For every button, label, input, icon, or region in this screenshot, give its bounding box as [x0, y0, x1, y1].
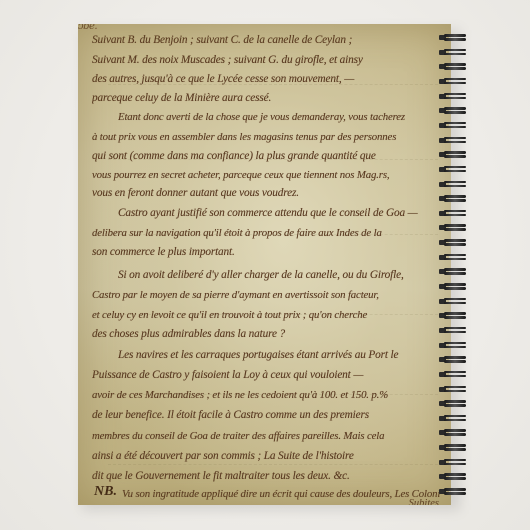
spiral-coil [439, 224, 467, 232]
wire-loop [444, 390, 466, 393]
spiral-coil [439, 166, 467, 174]
spiral-coil [439, 195, 467, 203]
spiral-coil [439, 342, 467, 350]
spiral-coil [439, 400, 467, 408]
wire-highlight [449, 476, 461, 478]
wire-highlight [449, 344, 461, 346]
wire-highlight [449, 432, 461, 434]
wire-highlight [449, 373, 461, 375]
spiral-coil [439, 122, 467, 130]
wire-highlight [449, 139, 461, 141]
spiral-coil [439, 429, 467, 437]
wire-loop [444, 38, 466, 41]
wire-loop [444, 155, 466, 158]
wire-highlight [449, 242, 461, 244]
spiral-coil [439, 78, 467, 86]
wire-highlight [449, 256, 461, 258]
wire-highlight [449, 388, 461, 390]
manuscript-line: Si on avoit deliberé d'y aller charger d… [118, 269, 443, 281]
spiral-coil [439, 283, 467, 291]
wire-highlight [449, 110, 461, 112]
manuscript-line: membres du conseil de Goa de traiter des… [92, 430, 442, 442]
manuscript-line: vous pourrez en secret acheter, parceque… [92, 169, 442, 181]
wire-loop [444, 375, 466, 378]
wire-loop [444, 404, 466, 407]
wire-highlight [449, 403, 461, 405]
wire-highlight [449, 359, 461, 361]
spiral-coil [439, 415, 467, 423]
manuscript-line: delibera sur la navigation qu'il étoit à… [92, 227, 442, 239]
wire-loop [444, 331, 466, 334]
wire-loop [444, 258, 466, 261]
wire-loop [444, 111, 466, 114]
wire-loop [444, 141, 466, 144]
wire-highlight [449, 300, 461, 302]
wire-highlight [449, 315, 461, 317]
wire-highlight [449, 271, 461, 273]
nb-mark: NB. [94, 484, 117, 500]
wire-loop [444, 419, 466, 422]
wire-highlight [449, 447, 461, 449]
manuscript-line: Etant donc averti de la chose que je vou… [118, 111, 443, 123]
spiral-coil [439, 49, 467, 57]
manuscript-line: Suivant B. du Benjoin ; suivant C. de la… [92, 34, 442, 46]
wire-loop [444, 126, 466, 129]
spiral-coil [439, 371, 467, 379]
wire-loop [444, 448, 466, 451]
manuscript-line: Les navires et les carraques portugaises… [118, 349, 443, 361]
wire-loop [444, 67, 466, 70]
wire-highlight [449, 66, 461, 68]
wire-loop [444, 360, 466, 363]
wire-highlight [449, 286, 461, 288]
spiral-coil [439, 210, 467, 218]
manuscript-line: vous en feront donner autant que vous vo… [92, 187, 442, 199]
wire-highlight [449, 183, 461, 185]
wire-loop [444, 243, 466, 246]
wire-loop [444, 82, 466, 85]
manuscript-line: parceque celuy de la Minière aura cessé. [92, 92, 442, 104]
wire-loop [444, 477, 466, 480]
margin-note: ɔbe. [78, 24, 97, 32]
spiral-coil [439, 93, 467, 101]
spiral-coil [439, 298, 467, 306]
manuscript-line: son commerce le plus important. [92, 246, 442, 258]
wire-loop [444, 346, 466, 349]
wire-highlight [449, 329, 461, 331]
spiral-coil [439, 268, 467, 276]
wire-loop [444, 228, 466, 231]
manuscript-line: et celuy cy en levoit ce qu'il en trouvo… [92, 309, 442, 321]
manuscript-line: Castro ayant justifié son commerce atten… [118, 207, 443, 219]
spiral-coil [439, 312, 467, 320]
wire-loop [444, 185, 466, 188]
wire-highlight [449, 37, 461, 39]
wire-loop [444, 492, 466, 495]
wire-loop [444, 302, 466, 305]
manuscript-line: de leur benefice. Il étoit facile à Cast… [92, 409, 442, 421]
wire-highlight [449, 124, 461, 126]
wire-highlight [449, 95, 461, 97]
manuscript-line: Puissance de Castro y faisoient la Loy à… [92, 369, 442, 381]
spiral-coil [439, 34, 467, 42]
spiral-coil [439, 151, 467, 159]
manuscript-line: ainsi a été découvert par son commis ; L… [92, 450, 442, 462]
manuscript-line: Vu son ingratitude appliqué dire un écri… [122, 488, 440, 500]
wire-loop [444, 433, 466, 436]
wire-highlight [449, 80, 461, 82]
wire-highlight [449, 51, 461, 53]
manuscript-line: des autres, jusqu'à ce que le Lycée cess… [92, 73, 442, 85]
spiral-coil [439, 327, 467, 335]
spiral-coil [439, 239, 467, 247]
manuscript-line: des choses plus admirables dans la natur… [92, 328, 442, 340]
wire-loop [444, 97, 466, 100]
wire-highlight [449, 491, 461, 493]
wire-loop [444, 53, 466, 56]
wire-loop [444, 199, 466, 202]
manuscript-line: Castro par le moyen de sa pierre d'ayman… [92, 289, 442, 301]
wire-loop [444, 214, 466, 217]
spiral-coil [439, 63, 467, 71]
manuscript-line: qui sont (comme dans ma confiance) la pl… [92, 150, 442, 162]
wire-loop [444, 463, 466, 466]
wire-loop [444, 170, 466, 173]
manuscript-line: avoir de ces Marchandises ; et ils ne le… [92, 389, 442, 401]
wire-highlight [449, 198, 461, 200]
ghost-writing-line [108, 464, 438, 466]
wire-highlight [449, 227, 461, 229]
manuscript-line: à tout prix vous en assembler dans les m… [92, 131, 442, 143]
wire-highlight [449, 461, 461, 463]
spiral-coil [439, 356, 467, 364]
spiral-coil [439, 386, 467, 394]
manuscript-line: dit que le Gouvernement le fit maltraite… [92, 470, 442, 482]
spiral-coil [439, 107, 467, 115]
notebook-cover: ɔbe. Suivant B. du Benjoin ; suivant C. … [78, 24, 451, 505]
wire-highlight [449, 417, 461, 419]
signature: Subites [409, 498, 439, 505]
spiral-coil [439, 488, 467, 496]
wire-highlight [449, 154, 461, 156]
wire-highlight [449, 168, 461, 170]
spiral-coil [439, 137, 467, 145]
spiral-coil [439, 459, 467, 467]
wire-loop [444, 287, 466, 290]
wire-loop [444, 272, 466, 275]
wire-highlight [449, 212, 461, 214]
spiral-coil [439, 473, 467, 481]
wire-loop [444, 316, 466, 319]
spiral-coil [439, 181, 467, 189]
spiral-coil [439, 444, 467, 452]
spiral-coil [439, 254, 467, 262]
manuscript-line: Suivant M. des noix Muscades ; suivant G… [92, 54, 442, 66]
